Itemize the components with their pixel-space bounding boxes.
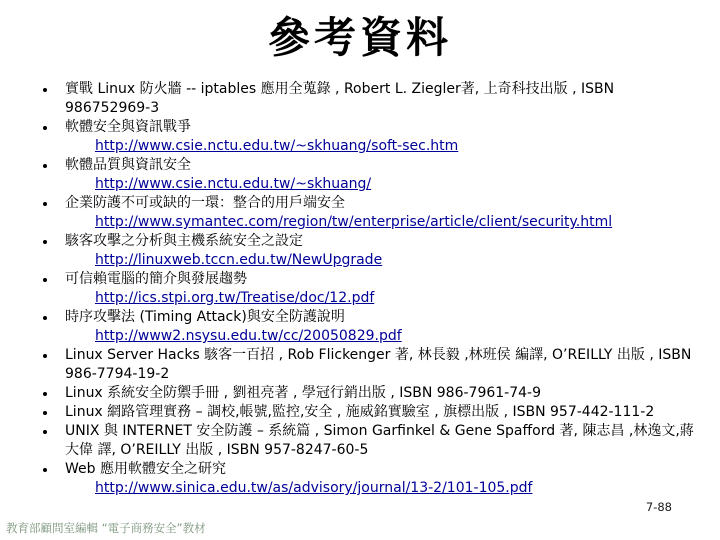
bullet-icon bbox=[43, 430, 47, 434]
reference-link[interactable]: http://ics.stpi.org.tw/Treatise/doc/12.p… bbox=[95, 290, 374, 306]
bullet-icon bbox=[43, 88, 47, 92]
reference-text: 實戰 Linux 防火牆 -- iptables 應用全蒐錄 , Robert … bbox=[65, 81, 614, 116]
reference-item: Web 應用軟體安全之研究 http://www.sinica.edu.tw/a… bbox=[40, 460, 694, 498]
reference-url-line: http://www.csie.nctu.edu.tw/~skhuang/sof… bbox=[95, 137, 694, 156]
reference-link[interactable]: http://www2.nsysu.edu.tw/cc/20050829.pdf bbox=[95, 328, 402, 344]
page-title: 參考資料 bbox=[0, 10, 720, 66]
reference-url-line: http://www.symantec.com/region/tw/enterp… bbox=[95, 213, 694, 232]
reference-url-line: http://linuxweb.tccn.edu.tw/NewUpgrade bbox=[95, 251, 694, 270]
bullet-icon bbox=[43, 468, 47, 472]
bullet-icon bbox=[43, 202, 47, 206]
reference-item: 軟體品質與資訊安全 http://www.csie.nctu.edu.tw/~s… bbox=[40, 156, 694, 194]
reference-text: UNIX 與 INTERNET 安全防護 – 系統篇 , Simon Garfi… bbox=[65, 423, 694, 458]
reference-text: 軟體安全與資訊戰爭 bbox=[65, 119, 191, 135]
bullet-icon bbox=[43, 240, 47, 244]
reference-text: 軟體品質與資訊安全 bbox=[65, 157, 191, 173]
bullet-icon bbox=[43, 354, 47, 358]
reference-url-line: http://www2.nsysu.edu.tw/cc/20050829.pdf bbox=[95, 327, 694, 346]
reference-url-line: http://ics.stpi.org.tw/Treatise/doc/12.p… bbox=[95, 289, 694, 308]
bullet-icon bbox=[43, 316, 47, 320]
reference-text: Linux Server Hacks 駭客一百招 , Rob Flickenge… bbox=[65, 347, 691, 382]
reference-text: 企業防護不可或缺的一環：整合的用戶端安全 bbox=[65, 195, 345, 211]
reference-text: 可信賴電腦的簡介與發展趨勢 bbox=[65, 271, 247, 287]
reference-item: 實戰 Linux 防火牆 -- iptables 應用全蒐錄 , Robert … bbox=[40, 80, 694, 118]
reference-text: Linux 系統安全防禦手冊 , 劉祖亮著 , 學冠行銷出版 , ISBN 98… bbox=[65, 385, 541, 401]
reference-text: Web 應用軟體安全之研究 bbox=[65, 461, 226, 477]
reference-url-line: http://www.csie.nctu.edu.tw/~skhuang/ bbox=[95, 175, 694, 194]
reference-item: 企業防護不可或缺的一環：整合的用戶端安全 http://www.symantec… bbox=[40, 194, 694, 232]
bullet-icon bbox=[43, 126, 47, 130]
page-number: 7-88 bbox=[646, 500, 672, 514]
reference-link[interactable]: http://www.csie.nctu.edu.tw/~skhuang/ bbox=[95, 176, 371, 192]
reference-link[interactable]: http://linuxweb.tccn.edu.tw/NewUpgrade bbox=[95, 252, 382, 268]
reference-text: 駭客攻擊之分析與主機系統安全之設定 bbox=[65, 233, 303, 249]
reference-item: Linux 網路管理實務 – 調校,帳號,監控,安全 , 施威銘實驗室 , 旗標… bbox=[40, 403, 694, 422]
reference-link[interactable]: http://www.symantec.com/region/tw/enterp… bbox=[95, 214, 612, 230]
bullet-icon bbox=[43, 392, 47, 396]
reference-text: 時序攻擊法 (Timing Attack)與安全防護說明 bbox=[65, 309, 345, 325]
reference-item: UNIX 與 INTERNET 安全防護 – 系統篇 , Simon Garfi… bbox=[40, 422, 694, 460]
reference-item: Linux 系統安全防禦手冊 , 劉祖亮著 , 學冠行銷出版 , ISBN 98… bbox=[40, 384, 694, 403]
slide: 參考資料 實戰 Linux 防火牆 -- iptables 應用全蒐錄 , Ro… bbox=[0, 0, 720, 540]
reference-link[interactable]: http://www.csie.nctu.edu.tw/~skhuang/sof… bbox=[95, 138, 458, 154]
reference-link[interactable]: http://www.sinica.edu.tw/as/advisory/jou… bbox=[95, 480, 532, 496]
reference-item: 時序攻擊法 (Timing Attack)與安全防護說明 http://www2… bbox=[40, 308, 694, 346]
reference-item: 軟體安全與資訊戰爭 http://www.csie.nctu.edu.tw/~s… bbox=[40, 118, 694, 156]
reference-url-line: http://www.sinica.edu.tw/as/advisory/jou… bbox=[95, 479, 694, 498]
bullet-icon bbox=[43, 411, 47, 415]
reference-list: 實戰 Linux 防火牆 -- iptables 應用全蒐錄 , Robert … bbox=[0, 80, 720, 498]
reference-item: 駭客攻擊之分析與主機系統安全之設定 http://linuxweb.tccn.e… bbox=[40, 232, 694, 270]
reference-item: Linux Server Hacks 駭客一百招 , Rob Flickenge… bbox=[40, 346, 694, 384]
bullet-icon bbox=[43, 164, 47, 168]
reference-text: Linux 網路管理實務 – 調校,帳號,監控,安全 , 施威銘實驗室 , 旗標… bbox=[65, 404, 654, 420]
bullet-icon bbox=[43, 278, 47, 282]
reference-item: 可信賴電腦的簡介與發展趨勢 http://ics.stpi.org.tw/Tre… bbox=[40, 270, 694, 308]
footer-credit: 教育部顧問室編輯 “電子商務安全”教材 bbox=[6, 520, 206, 536]
